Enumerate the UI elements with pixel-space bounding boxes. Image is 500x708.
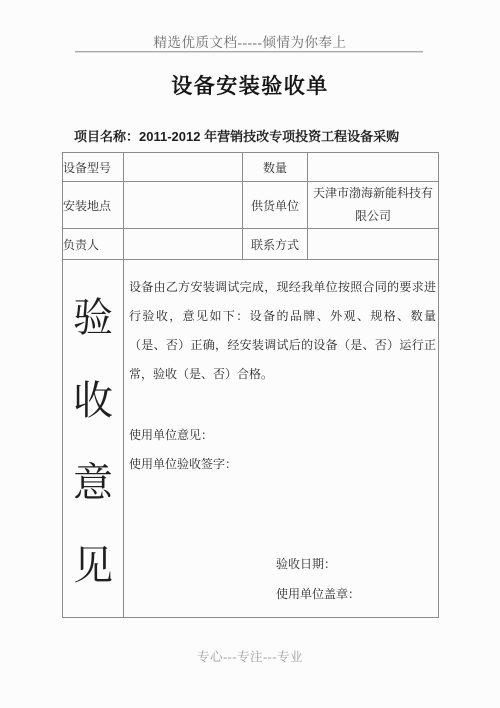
header-note: 精选优质文档-----倾情为你奉上 (0, 31, 500, 51)
acceptance-date-label: 验收日期： (276, 549, 438, 579)
acceptance-form-table: 设备型号 数量 安装地点 供货单位 天津市渤海新能科技有限公司 负责人 联系方式… (62, 152, 439, 618)
use-unit-sign-label: 使用单位验收签字： (129, 450, 438, 479)
side-char-2: 收 (73, 369, 113, 426)
side-char-3: 意 (73, 451, 113, 508)
quantity-value (308, 153, 439, 182)
table-row: 负责人 联系方式 (63, 229, 439, 260)
supplier-label: 供货单位 (243, 182, 308, 229)
acceptance-statement-paragraph: 设备由乙方安装调试完成，现经我单位按照合同的要求进行验收，意见如下：设备的品牌、… (129, 273, 436, 389)
supplier-value: 天津市渤海新能科技有限公司 (308, 182, 439, 229)
quantity-label: 数量 (243, 153, 308, 182)
install-location-label: 安装地点 (63, 182, 124, 229)
date-seal-block: 验收日期： 使用单位盖章： (276, 549, 438, 609)
side-char-1: 验 (73, 286, 113, 343)
contact-label: 联系方式 (243, 229, 308, 260)
document-page: 精选优质文档-----倾情为你奉上 设备安装验收单 项目名称：2011-2012… (0, 0, 500, 708)
use-unit-opinion-label: 使用单位意见： (129, 421, 438, 450)
acceptance-opinion-vertical-text: 验 收 意 见 (63, 260, 123, 617)
equipment-model-label: 设备型号 (63, 153, 124, 182)
table-row: 验 收 意 见 设备由乙方安装调试完成，现经我单位按照合同的要求进行验收，意见如… (63, 260, 439, 618)
acceptance-opinion-content-cell: 设备由乙方安装调试完成，现经我单位按照合同的要求进行验收，意见如下：设备的品牌、… (124, 260, 439, 618)
acceptance-opinion-side-label: 验 收 意 见 (63, 260, 124, 618)
person-in-charge-value (124, 229, 243, 260)
page-title: 设备安装验收单 (0, 70, 500, 100)
table-row: 安装地点 供货单位 天津市渤海新能科技有限公司 (63, 182, 439, 229)
side-char-4: 见 (73, 534, 113, 591)
header-divider-line (75, 51, 423, 52)
project-name-line: 项目名称：2011-2012 年营销技改专项投资工程设备采购 (74, 126, 399, 145)
person-in-charge-label: 负责人 (63, 229, 124, 260)
footer-note: 专心---专注---专业 (0, 647, 500, 665)
equipment-model-value (124, 153, 243, 182)
contact-value (308, 229, 439, 260)
table-row: 设备型号 数量 (63, 153, 439, 182)
install-location-value (124, 182, 243, 229)
use-unit-seal-label: 使用单位盖章： (276, 579, 438, 609)
use-unit-block: 使用单位意见： 使用单位验收签字： (129, 421, 438, 479)
